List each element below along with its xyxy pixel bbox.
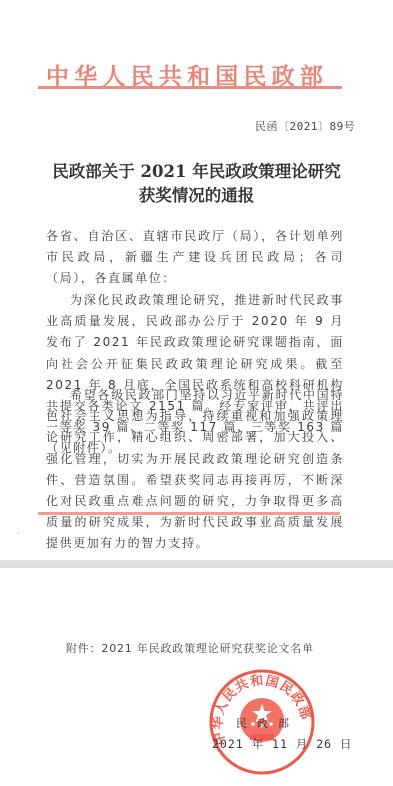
page-separator bbox=[0, 560, 393, 568]
scan-artifact bbox=[18, 532, 19, 534]
addressee: 各省、自治区、直辖市民政厅（局），各计划单列市民政局，新疆生产建设兵团民政局；各… bbox=[46, 226, 344, 290]
letterhead-red-rule bbox=[38, 86, 342, 89]
paragraph-text: 希望各级民政部门坚持以习近平新时代中国特色社会主义思想为指导，持续重视和加强政策… bbox=[46, 385, 344, 555]
document-number: 民函〔2021〕89号 bbox=[255, 118, 355, 134]
document-title-line-2: 获奖情况的通报 bbox=[40, 184, 353, 208]
document-page-1: 中华人民共和国民政部 民函〔2021〕89号 民政部关于 2021 年民政政策理… bbox=[0, 0, 393, 560]
document-page-2 bbox=[0, 568, 393, 786]
signing-authority: 民政部 bbox=[236, 715, 299, 731]
document-title: 民政部关于 2021 年民政政策理论研究 获奖情况的通报 bbox=[40, 160, 353, 208]
footer-red-rule bbox=[38, 512, 340, 515]
attachment-note: 附件：2021 年民政政策理论研究获奖论文名单 bbox=[66, 640, 314, 656]
body-paragraph-2: 希望各级民政部门坚持以习近平新时代中国特色社会主义思想为指导，持续重视和加强政策… bbox=[46, 385, 344, 555]
signing-date: 2021 年 11 月 26 日 bbox=[212, 736, 353, 752]
document-title-line-1: 民政部关于 2021 年民政政策理论研究 bbox=[40, 160, 353, 184]
